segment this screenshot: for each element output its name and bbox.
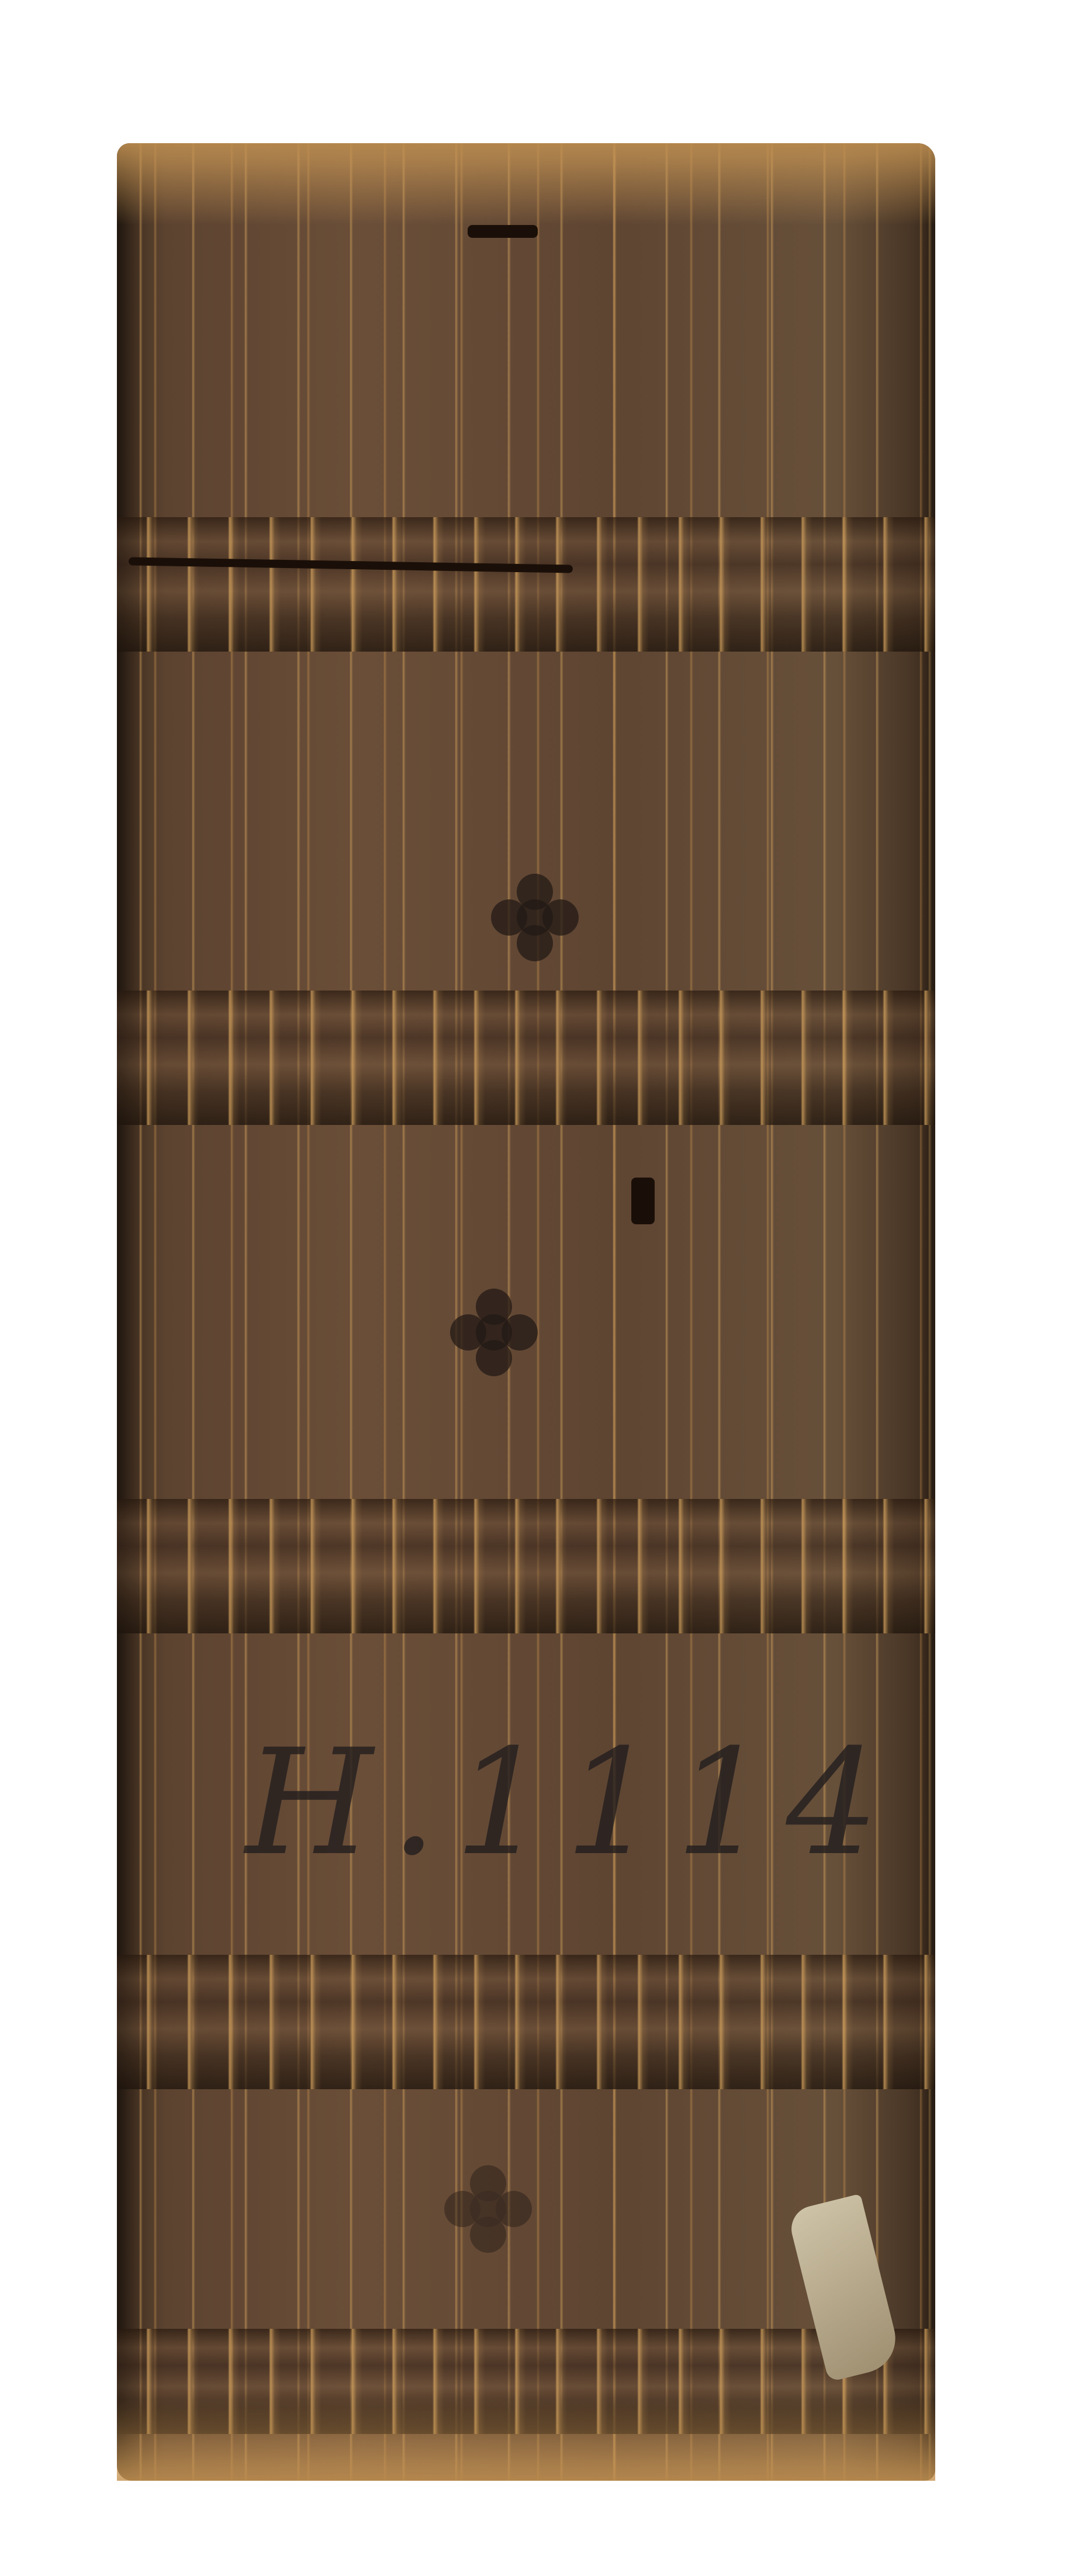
bottom-edge-wear: [117, 2399, 935, 2481]
raised-band-3: [117, 1499, 935, 1633]
leather-hole: [468, 225, 538, 238]
shelfmark-inscription: H.1114: [245, 1721, 830, 1885]
raised-band-1: [117, 517, 935, 652]
raised-band-2: [117, 991, 935, 1125]
raised-band-4: [117, 1955, 935, 2089]
rosette-stamp: [450, 1289, 538, 1376]
top-edge-wear: [117, 143, 935, 225]
rosette-stamp: [444, 2165, 532, 2253]
leather-hole: [631, 1178, 655, 1224]
book-spine: H.1114: [117, 143, 935, 2481]
rosette-stamp: [491, 874, 579, 961]
